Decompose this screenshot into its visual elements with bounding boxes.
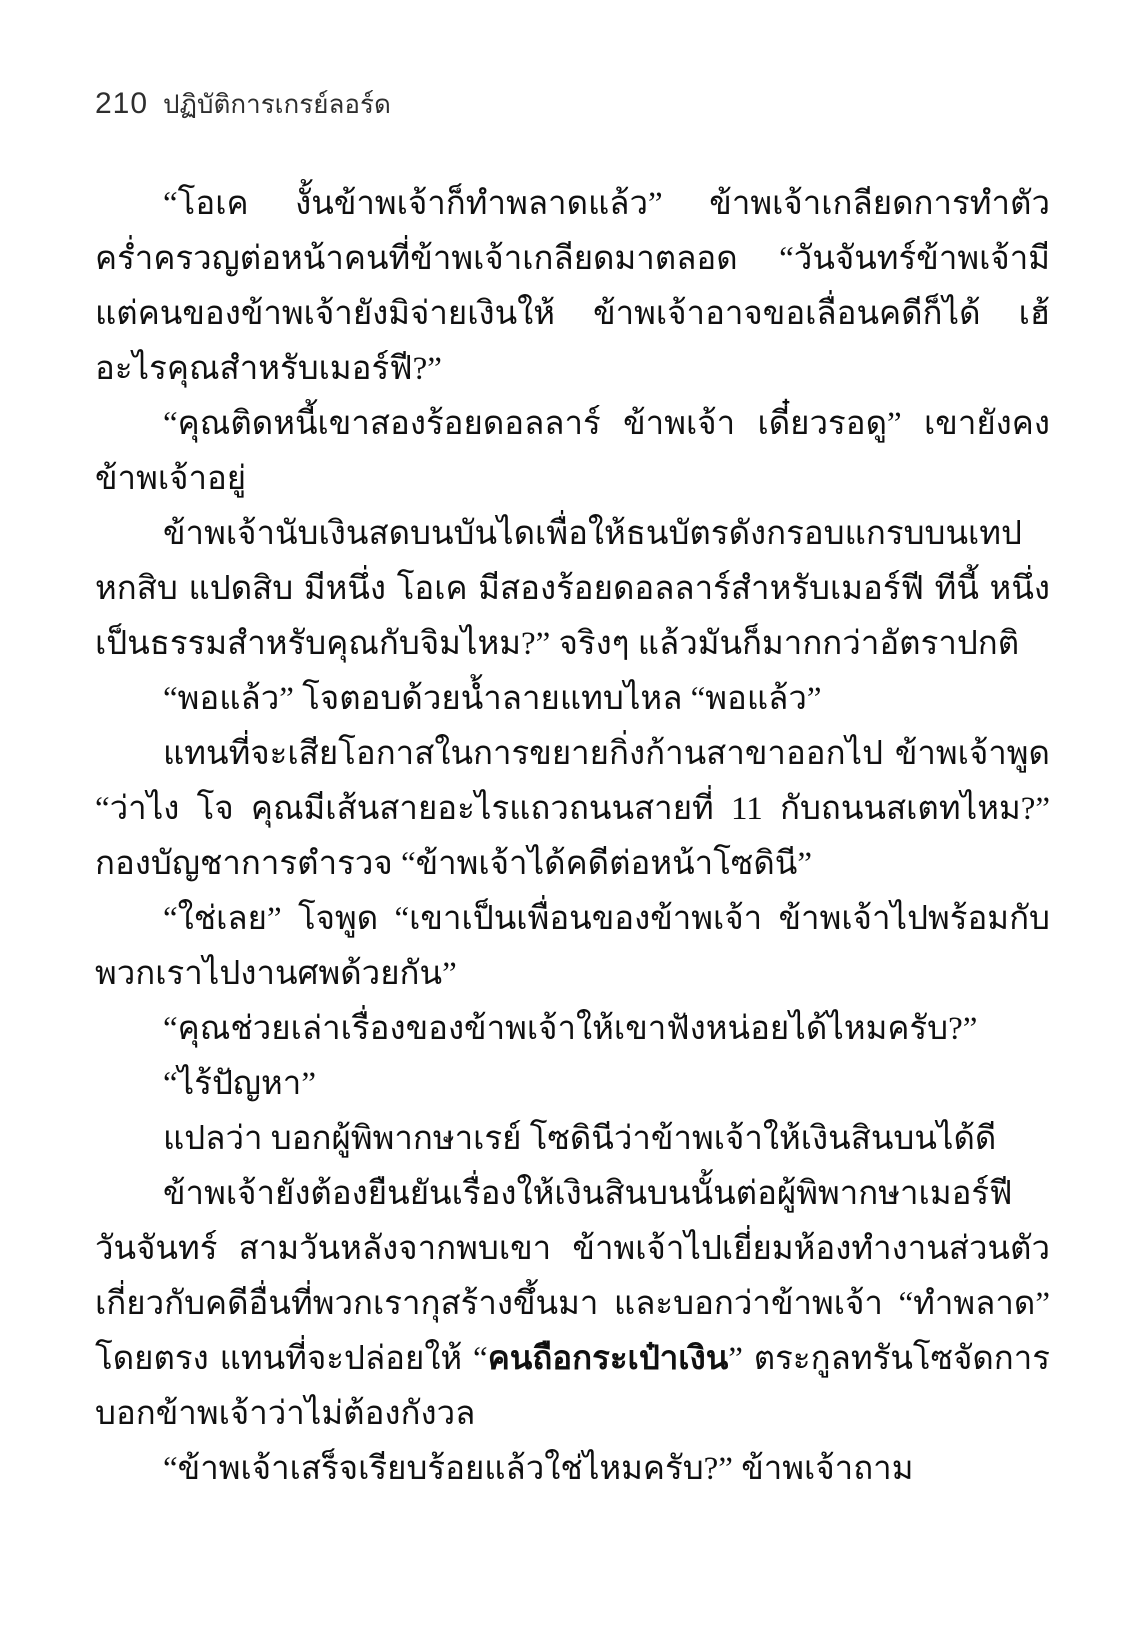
text-line: “โอเค งั้นข้าพเจ้าก็ทำพลาดแล้ว” ข้าพเจ้า… [95,177,1050,232]
page-body: “โอเค งั้นข้าพเจ้าก็ทำพลาดแล้ว” ข้าพเจ้า… [95,177,1050,1497]
text-line: เป็นธรรมสำหรับคุณกับจิมไหม?” จริงๆ แล้วม… [95,617,1050,672]
text-line: วันจันทร์ สามวันหลังจากพบเขา ข้าพเจ้าไปเ… [95,1222,1050,1277]
text-line: เกี่ยวกับคดีอื่นที่พวกเรากุสร้างขึ้นมา แ… [95,1277,1050,1332]
text-line: แต่คนของข้าพเจ้ายังมิจ่ายเงินให้ ข้าพเจ้… [95,287,1050,342]
paragraph: “ข้าพเจ้าเสร็จเรียบร้อยแล้วใช่ไหมครับ?” … [95,1442,1050,1497]
paragraph: ข้าพเจ้านับเงินสดบนบันไดเพื่อให้ธนบัตรดั… [95,507,1050,672]
page-number: 210 [95,87,163,121]
text-line: ข้าพเจ้ายังต้องยืนยันเรื่องให้เงินสินบนน… [95,1167,1050,1222]
text-line: แปลว่า บอกผู้พิพากษาเรย์ โซดินีว่าข้าพเจ… [95,1112,1050,1167]
running-title: ปฏิบัติการเกรย์ลอร์ด [163,84,391,125]
text-line: “คุณช่วยเล่าเรื่องของข้าพเจ้าให้เขาฟังหน… [95,1002,1050,1057]
text-line: “คุณติดหนี้เขาสองร้อยดอลลาร์ ข้าพเจ้า เด… [95,397,1050,452]
text-line: โดยตรง แทนที่จะปล่อยให้ “คนถือกระเป๋าเงิ… [95,1332,1050,1387]
text-line: แทนที่จะเสียโอกาสในการขยายกิ่งก้านสาขาออ… [95,727,1050,782]
paragraph: “ไร้ปัญหา” [95,1057,1050,1112]
paragraph: “คุณติดหนี้เขาสองร้อยดอลลาร์ ข้าพเจ้า เด… [95,397,1050,507]
paragraph: แปลว่า บอกผู้พิพากษาเรย์ โซดินีว่าข้าพเจ… [95,1112,1050,1167]
text-line: บอกข้าพเจ้าว่าไม่ต้องกังวล [95,1387,1050,1442]
bold-phrase: คนถือกระเป๋าเงิน [488,1341,729,1377]
paragraph: ข้าพเจ้ายังต้องยืนยันเรื่องให้เงินสินบนน… [95,1167,1050,1442]
text-line: “ไร้ปัญหา” [95,1057,1050,1112]
text-segment: โดยตรง แทนที่จะปล่อยให้ “ [95,1341,488,1377]
book-page: 210 ปฏิบัติการเกรย์ลอร์ด “โอเค งั้นข้าพเ… [0,0,1126,1638]
text-line: “ใช่เลย” โจพูด “เขาเป็นเพื่อนของข้าพเจ้า… [95,892,1050,947]
paragraph: “โอเค งั้นข้าพเจ้าก็ทำพลาดแล้ว” ข้าพเจ้า… [95,177,1050,397]
text-line: “ข้าพเจ้าเสร็จเรียบร้อยแล้วใช่ไหมครับ?” … [95,1442,1050,1497]
text-line: กองบัญชาการตำรวจ “ข้าพเจ้าได้คดีต่อหน้าโ… [95,837,1050,892]
text-line: คร่ำครวญต่อหน้าคนที่ข้าพเจ้าเกลียดมาตลอด… [95,232,1050,287]
text-line: ข้าพเจ้านับเงินสดบนบันไดเพื่อให้ธนบัตรดั… [95,507,1050,562]
paragraph: แทนที่จะเสียโอกาสในการขยายกิ่งก้านสาขาออ… [95,727,1050,892]
paragraph: “คุณช่วยเล่าเรื่องของข้าพเจ้าให้เขาฟังหน… [95,1002,1050,1057]
paragraph: “พอแล้ว” โจตอบด้วยน้ำลายแทบไหล “พอแล้ว” [95,672,1050,727]
text-line: “ว่าไง โจ คุณมีเส้นสายอะไรแถวถนนสายที่ 1… [95,782,1050,837]
text-line: “พอแล้ว” โจตอบด้วยน้ำลายแทบไหล “พอแล้ว” [95,672,1050,727]
paragraph: “ใช่เลย” โจพูด “เขาเป็นเพื่อนของข้าพเจ้า… [95,892,1050,1002]
text-line: อะไรคุณสำหรับเมอร์ฟี?” [95,342,1050,397]
page-header: 210 ปฏิบัติการเกรย์ลอร์ด [95,84,1050,125]
text-line: ข้าพเจ้าอยู่ [95,452,1050,507]
text-line: หกสิบ แปดสิบ มีหนึ่ง โอเค มีสองร้อยดอลลา… [95,562,1050,617]
text-line: พวกเราไปงานศพด้วยกัน” [95,947,1050,1002]
